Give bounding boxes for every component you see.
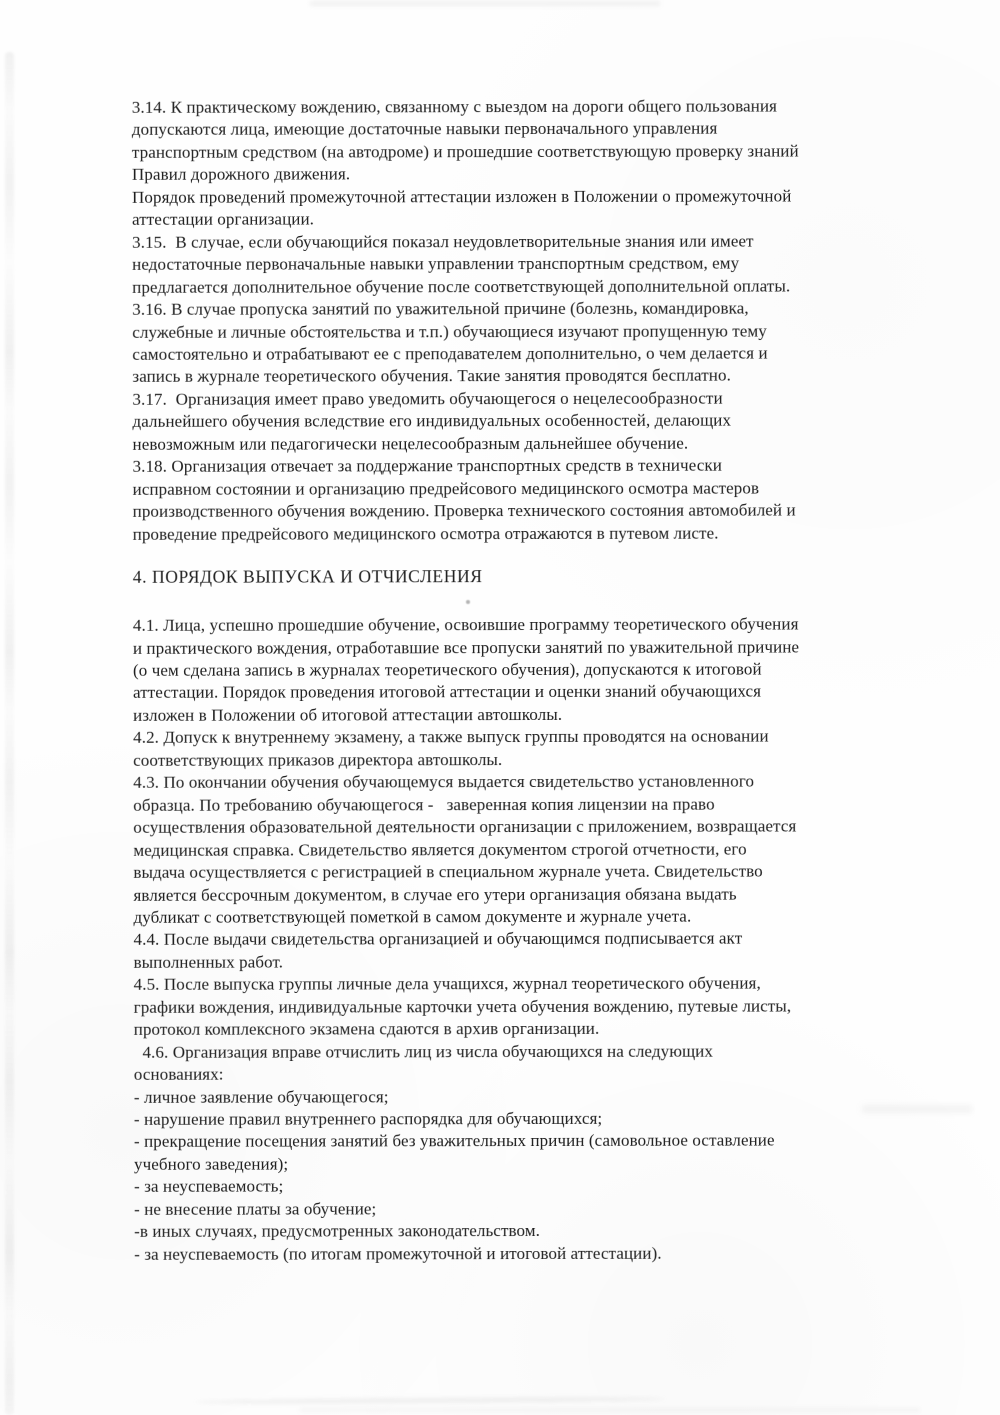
scan-artifact-bottom-edge — [300, 1408, 920, 1412]
paragraph-3-15: 3.15. В случае, если обучающийся показал… — [132, 230, 932, 299]
scan-artifact-left-edge — [5, 52, 14, 1415]
dismissal-ground-item: - прекращение посещения занятий без уваж… — [134, 1130, 934, 1177]
dismissal-ground-item: - личное заявление обучающегося; — [134, 1085, 934, 1109]
paragraph-4-5: 4.5. После выпуска группы личные дела уч… — [134, 972, 934, 1041]
paragraph-4-1: 4.1. Лица, успешно прошедшие обучение, о… — [133, 613, 933, 727]
dismissal-ground-item: - нарушение правил внутреннего распорядк… — [134, 1107, 934, 1131]
document-text-block: 3.14. К практическому вождению, связанно… — [132, 95, 934, 1266]
section-4-heading: 4. ПОРЯДОК ВЫПУСКА И ОТЧИСЛЕНИЯ — [133, 563, 933, 589]
paragraph-3-16: 3.16. В случае пропуска занятий по уважи… — [132, 297, 932, 388]
dismissal-ground-item: -в иных случаях, предусмотренных законод… — [134, 1219, 934, 1243]
paragraph-3-14: 3.14. К практическому вождению, связанно… — [132, 95, 932, 186]
paragraph-4-6: 4.6. Организация вправе отчислить лиц из… — [134, 1040, 934, 1087]
dismissal-ground-item: - за неуспеваемость (по итогам промежуто… — [134, 1242, 934, 1266]
dismissal-ground-item: - не внесение платы за обучение; — [134, 1197, 934, 1221]
paragraph-interim-attestation-note: Порядок проведений промежуточной аттеста… — [132, 185, 932, 232]
scan-artifact-bottom-streak — [195, 1396, 665, 1404]
paragraph-4-2: 4.2. Допуск к внутреннему экзамену, а та… — [133, 725, 933, 772]
scanned-page: 3.14. К практическому вождению, связанно… — [0, 0, 1000, 1415]
dismissal-ground-item: - за неуспеваемость; — [134, 1175, 934, 1199]
scan-artifact-top-edge — [310, 1, 660, 6]
paragraph-3-17: 3.17. Организация имеет право уведомить … — [132, 387, 932, 456]
paragraph-4-3: 4.3. По окончании обучения обучающемуся … — [133, 770, 933, 929]
paragraph-4-4: 4.4. После выдачи свидетельства организа… — [134, 928, 934, 975]
paragraph-3-18: 3.18. Организация отвечает за поддержани… — [133, 454, 933, 545]
